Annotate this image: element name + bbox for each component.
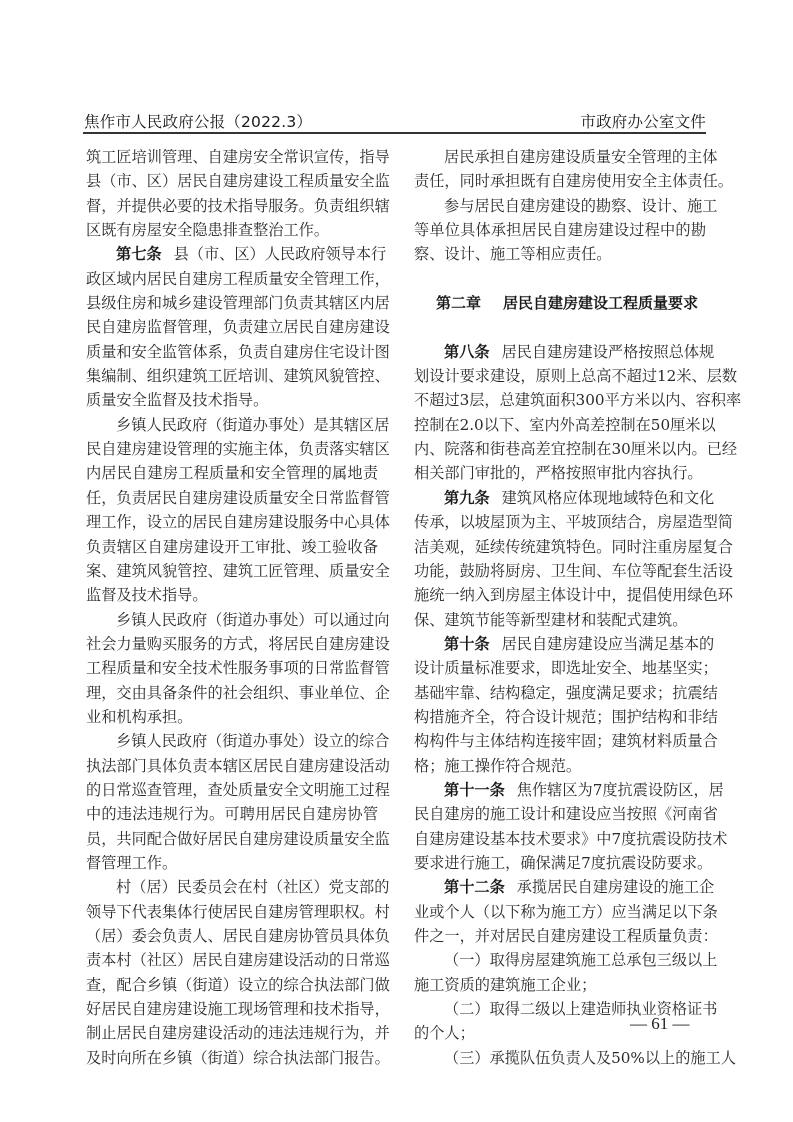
- paragraph: （三）承揽队伍负责人及50%以上的施工人: [414, 1046, 706, 1070]
- right-column: 居民承担自建房建设质量安全管理的主体责任，同时承担既有自建房使用安全主体责任。参…: [414, 145, 706, 1070]
- text-line: 第八条居民自建房建设严格按照总体规: [414, 340, 706, 364]
- text-line: 质量安全监督及技术指导。: [86, 388, 378, 412]
- text-line: 第十条居民自建房建设应当满足基本的: [414, 632, 706, 656]
- text-line: 内居民自建房工程质量和安全管理的属地责: [86, 461, 378, 485]
- spacer: [414, 315, 706, 339]
- text-line: （三）承揽队伍负责人及50%以上的施工人: [414, 1046, 706, 1070]
- text-line: 社会力量购买服务的方式，将居民自建房建设: [86, 632, 378, 656]
- chapter-number: 第二章: [436, 294, 481, 312]
- text-line: 等单位具体承担居民自建房建设过程中的勘: [414, 218, 706, 242]
- text-line: 负责辖区自建房建设开工审批、竣工验收备: [86, 535, 378, 559]
- text-line: 功能，鼓励将厨房、卫生间、车位等配套生活设: [414, 559, 706, 583]
- text-line: （居）委会负责人、居民自建房协管员具体负: [86, 924, 378, 948]
- article-paragraph: 第十二条承揽居民自建房建设的施工企业或个人（以下称为施工方）应当满足以下条件之一…: [414, 875, 706, 948]
- paragraph: 乡镇人民政府（街道办事处）设立的综合执法部门具体负责本辖区居民自建房建设活动的日…: [86, 729, 378, 875]
- text-line: 督，并提供必要的技术指导服务。负责组织辖: [86, 194, 378, 218]
- running-header: 焦作市人民政府公报（2022.3） 市政府办公室文件: [84, 108, 706, 132]
- text-line: 案、建筑风貌管控、建筑工匠管理、质量安全: [86, 559, 378, 583]
- paragraph: 村（居）民委员会在村（社区）党支部的领导下代表集体行使居民自建房管理职权。村（居…: [86, 875, 378, 1070]
- text-line: 划设计要求建设，原则上总高不超过12米、层数: [414, 364, 706, 388]
- text-line: 及时向所在乡镇（街道）综合执法部门报告。: [86, 1046, 378, 1070]
- text-line: 基础牢靠、结构稳定，强度满足要求；抗震结: [414, 681, 706, 705]
- text-line: 施工资质的建筑施工企业；: [414, 973, 706, 997]
- text-line: 筑工匠培训管理、自建房安全常识宣传，指导: [86, 145, 378, 169]
- left-column: 筑工匠培训管理、自建房安全常识宣传，指导县（市、区）居民自建房建设工程质量安全监…: [86, 145, 378, 1070]
- text-line: 的日常巡查管理，查处质量安全文明施工过程: [86, 778, 378, 802]
- publication-title: 焦作市人民政府公报（2022.3）: [84, 110, 312, 132]
- article-number: 第八条: [444, 343, 490, 361]
- text-line: 理工作，设立的居民自建房建设服务中心具体: [86, 510, 378, 534]
- section-title: 市政府办公室文件: [580, 110, 706, 132]
- text-line: 集编制、组织建筑工匠培训、建筑风貌管控、: [86, 364, 378, 388]
- paragraph: 筑工匠培训管理、自建房安全常识宣传，指导县（市、区）居民自建房建设工程质量安全监…: [86, 145, 378, 242]
- text-line: 理，交由具备条件的社会组织、事业单位、企: [86, 681, 378, 705]
- article-number: 第十一条: [444, 781, 505, 799]
- text-line: 相关部门审批的，严格按照审批内容执行。: [414, 461, 706, 485]
- text-line: 民自建房的施工设计和建设应当按照《河南省: [414, 802, 706, 826]
- text-line: 构构件与主体结构连接牢固；建筑材料质量合: [414, 729, 706, 753]
- text-line: 民自建房监督管理，负责建立居民自建房建设: [86, 315, 378, 339]
- chapter-heading: 第二章居民自建房建设工程质量要求: [414, 291, 706, 315]
- text-line: （一）取得房屋建筑施工总承包三级以上: [414, 948, 706, 972]
- text-line: 乡镇人民政府（街道办事处）可以通过向: [86, 608, 378, 632]
- text-line: 第十二条承揽居民自建房建设的施工企: [414, 875, 706, 899]
- text-line-content: 居民自建房建设严格按照总体规: [502, 343, 715, 361]
- text-line: 责本村（社区）居民自建房建设活动的日常巡: [86, 948, 378, 972]
- text-line-content: 居民自建房建设应当满足基本的: [502, 635, 715, 653]
- text-line: 第七条县（市、区）人民政府领导本行: [86, 242, 378, 266]
- text-line: 第十一条焦作辖区为7度抗震设防区，居: [414, 778, 706, 802]
- paragraph: 居民承担自建房建设质量安全管理的主体责任，同时承担既有自建房使用安全主体责任。: [414, 145, 706, 194]
- text-line: 传承，以坡屋顶为主、平坡顶结合，房屋造型简: [414, 510, 706, 534]
- text-line: 督管理工作。: [86, 851, 378, 875]
- text-line: 领导下代表集体行使居民自建房管理职权。村: [86, 900, 378, 924]
- header-rule: [83, 132, 706, 134]
- text-line: 格；施工操作符合规范。: [414, 754, 706, 778]
- text-line: 乡镇人民政府（街道办事处）是其辖区居: [86, 413, 378, 437]
- text-line: 施统一纳入到房屋主体设计中，提倡使用绿色环: [414, 583, 706, 607]
- text-line: 第九条建筑风格应体现地域特色和文化: [414, 486, 706, 510]
- article-paragraph: 第八条居民自建房建设严格按照总体规划设计要求建设，原则上总高不超过12米、层数不…: [414, 340, 706, 486]
- text-line: 乡镇人民政府（街道办事处）设立的综合: [86, 729, 378, 753]
- text-line: 查，配合乡镇（街道）设立的综合执法部门做: [86, 973, 378, 997]
- text-line: 员，共同配合做好居民自建房建设质量安全监: [86, 827, 378, 851]
- text-line: 村（居）民委员会在村（社区）党支部的: [86, 875, 378, 899]
- article-paragraph: 第七条县（市、区）人民政府领导本行政区域内居民自建房工程质量安全管理工作，县级住…: [86, 242, 378, 412]
- text-line: 构措施齐全，符合设计规范；围护结构和非结: [414, 705, 706, 729]
- text-line-content: 县（市、区）人民政府领导本行: [174, 245, 387, 263]
- text-line: 监督及技术指导。: [86, 583, 378, 607]
- text-line: 中的违法违规行为。可聘用居民自建房协管: [86, 802, 378, 826]
- article-number: 第十条: [444, 635, 490, 653]
- text-line: 保、建筑节能等新型建材和装配式建筑。: [414, 608, 706, 632]
- text-line: 制止居民自建房建设活动的违法违规行为，并: [86, 1021, 378, 1045]
- text-line: 区既有房屋安全隐患排查整治工作。: [86, 218, 378, 242]
- text-line-content: 承揽居民自建房建设的施工企: [517, 878, 714, 896]
- paragraph: 乡镇人民政府（街道办事处）是其辖区居民自建房建设管理的实施主体，负责落实辖区内居…: [86, 413, 378, 608]
- text-line: 任，负责居民自建房建设质量安全日常监督管: [86, 486, 378, 510]
- text-line: 质量和安全监管体系，负责自建房住宅设计图: [86, 340, 378, 364]
- text-line: 察、设计、施工等相应责任。: [414, 242, 706, 266]
- chapter-title: 居民自建房建设工程质量要求: [503, 294, 698, 312]
- text-line: 县（市、区）居民自建房建设工程质量安全监: [86, 169, 378, 193]
- paragraph: （一）取得房屋建筑施工总承包三级以上施工资质的建筑施工企业；: [414, 948, 706, 997]
- text-line: 件之一，并对居民自建房建设工程质量负责：: [414, 924, 706, 948]
- text-line: 好居民自建房建设施工现场管理和技术指导，: [86, 997, 378, 1021]
- article-number: 第七条: [116, 245, 162, 263]
- paragraph: 参与居民自建房建设的勘察、设计、施工等单位具体承担居民自建房建设过程中的勘察、设…: [414, 194, 706, 267]
- text-line: 洁美观，延续传统建筑特色。同时注重房屋复合: [414, 535, 706, 559]
- article-number: 第九条: [444, 489, 490, 507]
- text-line: 内、院落和街巷高差宜控制在30厘米以内。已经: [414, 437, 706, 461]
- text-line: 县级住房和城乡建设管理部门负责其辖区内居: [86, 291, 378, 315]
- text-line: 执法部门具体负责本辖区居民自建房建设活动: [86, 754, 378, 778]
- text-line: 工程质量和安全技术性服务事项的日常监督管: [86, 656, 378, 680]
- text-line-content: 焦作辖区为7度抗震设防区，居: [517, 781, 724, 799]
- text-line: 政区域内居民自建房工程质量安全管理工作，: [86, 267, 378, 291]
- text-line: 设计质量标准要求，即选址安全、地基坚实；: [414, 656, 706, 680]
- spacer: [414, 267, 706, 291]
- paragraph: 乡镇人民政府（街道办事处）可以通过向社会力量购买服务的方式，将居民自建房建设工程…: [86, 608, 378, 730]
- article-paragraph: 第十一条焦作辖区为7度抗震设防区，居民自建房的施工设计和建设应当按照《河南省自建…: [414, 778, 706, 875]
- page-number: — 61 —: [630, 1014, 690, 1034]
- article-paragraph: 第九条建筑风格应体现地域特色和文化传承，以坡屋顶为主、平坡顶结合，房屋造型简洁美…: [414, 486, 706, 632]
- text-line-content: 建筑风格应体现地域特色和文化: [502, 489, 715, 507]
- text-line: 参与居民自建房建设的勘察、设计、施工: [414, 194, 706, 218]
- text-line: 业或个人（以下称为施工方）应当满足以下条: [414, 900, 706, 924]
- text-line: 控制在2.0以下、室内外高差控制在50厘米以: [414, 413, 706, 437]
- text-line: 居民承担自建房建设质量安全管理的主体: [414, 145, 706, 169]
- article-paragraph: 第十条居民自建房建设应当满足基本的设计质量标准要求，即选址安全、地基坚实；基础牢…: [414, 632, 706, 778]
- text-line: 民自建房建设管理的实施主体，负责落实辖区: [86, 437, 378, 461]
- text-line: 自建房建设基本技术要求》中7度抗震设防技术: [414, 827, 706, 851]
- text-line: 要求进行施工，确保满足7度抗震设防要求。: [414, 851, 706, 875]
- text-line: 责任，同时承担既有自建房使用安全主体责任。: [414, 169, 706, 193]
- text-line: 业和机构承担。: [86, 705, 378, 729]
- text-line: 不超过3层，总建筑面积300平方米以内、容积率: [414, 388, 706, 412]
- article-number: 第十二条: [444, 878, 505, 896]
